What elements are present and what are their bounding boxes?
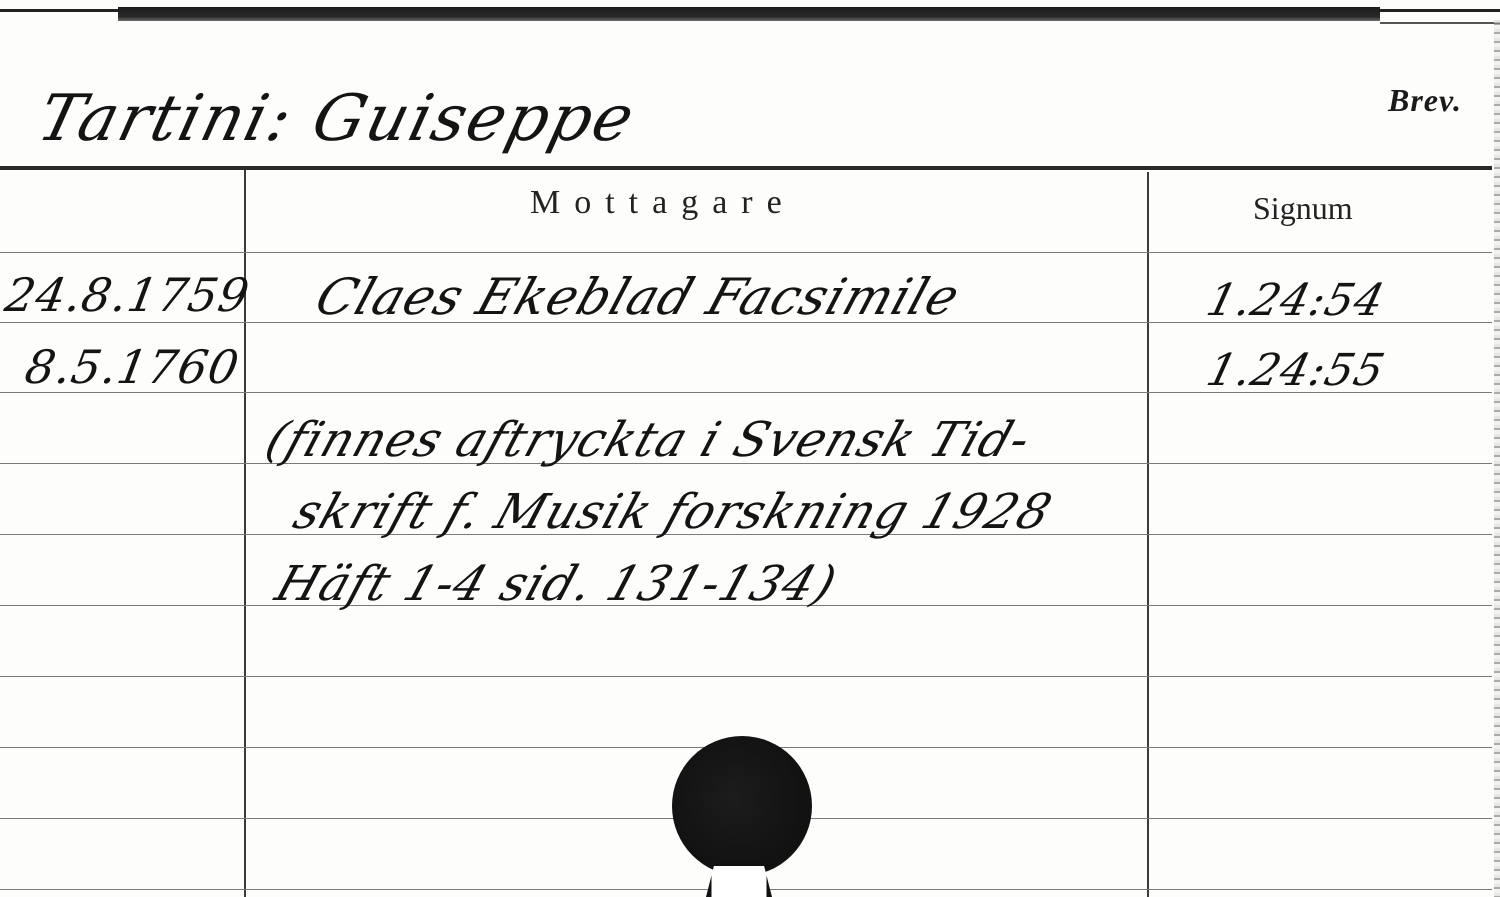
category-label: Brev.	[1388, 82, 1462, 119]
scan-right-edge	[1494, 20, 1500, 897]
card-top-edge-right	[1380, 9, 1500, 12]
entry-date: 24.8.1759	[1, 268, 254, 322]
entry-signum: 1.24:54	[1202, 275, 1390, 326]
heading-divider	[0, 166, 1492, 170]
entry-recipient: Claes Ekeblad Facsimile	[309, 268, 968, 326]
punch-hole-icon	[672, 736, 812, 876]
card-top-edge-right-lower	[1380, 22, 1500, 24]
entry-signum: 1.24:55	[1202, 345, 1390, 396]
index-card: Tartini: Guiseppe Brev. Mottagare Signum…	[0, 0, 1500, 897]
punch-hole-slot	[706, 866, 772, 897]
recipient-column-header: Mottagare	[530, 184, 796, 222]
publication-note-line: Häft 1-4 sid. 131-134)	[269, 556, 844, 612]
card-top-edge-band	[118, 7, 1380, 21]
signum-column-header: Signum	[1253, 190, 1353, 227]
publication-note-line: (finnes aftryckta i Svensk Tid-	[259, 412, 1038, 468]
person-name-heading: Tartini: Guiseppe	[31, 82, 643, 156]
entry-date: 8.5.1760	[21, 340, 243, 394]
card-top-edge-left	[0, 9, 118, 12]
row-rule	[0, 252, 1492, 253]
publication-note-line: skrift f. Musik forskning 1928	[287, 484, 1059, 540]
row-rule	[0, 676, 1492, 677]
